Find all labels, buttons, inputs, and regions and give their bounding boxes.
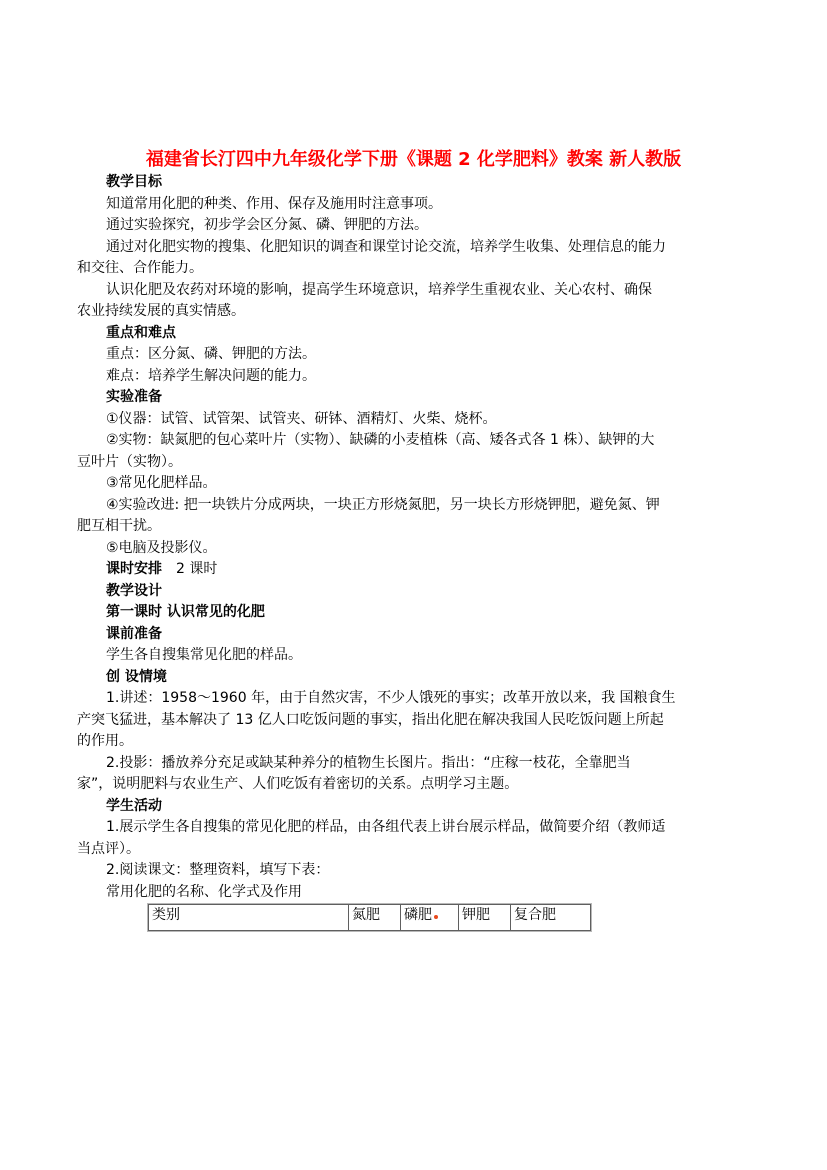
activity-paragraph-2: 2.阅读课文：整理资料，填写下表：	[77, 860, 745, 882]
difficulty-line: 难点：培养学生解决问题的能力。	[77, 366, 745, 388]
prep-item-1: ①仪器：试管、试管架、试管夹、研钵、酒精灯、火柴、烧杯。	[77, 409, 745, 431]
heading-key-points: 重点和难点	[77, 323, 745, 345]
heading-scenario: 创 设情境	[77, 667, 745, 689]
document-page: 福建省长汀四中九年级化学下册《课题 2 化学肥料》教案 新人教版 教学目标 知道…	[0, 0, 827, 1170]
goal-paragraph-4: 认识化肥及农药对环境的影响，提高学生环境意识，培养学生重视农业、关心农村、确保 …	[77, 280, 745, 323]
schedule-value: 2 课时	[176, 561, 217, 577]
heading-teaching-design: 教学设计	[77, 581, 745, 603]
prep-item-3: ③常见化肥样品。	[77, 473, 745, 495]
activity-paragraph-1: 1.展示学生各自搜集的常见化肥的样品，由各组代表上讲台展示样品，做简要介绍（教师…	[77, 817, 745, 860]
heading-experiment-prep: 实验准备	[77, 387, 745, 409]
table-cell-nitrogen: 氮肥	[349, 905, 401, 931]
table-cell-compound: 复合肥	[511, 905, 591, 931]
prep-item-4: ④实验改进: 把一块铁片分成两块，一块正方形烧氮肥，另一块长方形烧钾肥，避免氮、…	[77, 495, 745, 538]
heading-student-activity: 学生活动	[77, 796, 745, 818]
spellcheck-dot	[434, 915, 438, 919]
goal-paragraph-2: 通过实验探究，初步学会区分氮、磷、钾肥的方法。	[77, 215, 745, 237]
prep-item-2: ②实物：缺氮肥的包心菜叶片（实物）、缺磷的小麦植株（高、矮各式各 1 株）、缺钾…	[77, 430, 745, 473]
heading-pre-class: 课前准备	[77, 624, 745, 646]
table-cell-phosphate-label: 磷肥	[404, 907, 432, 923]
pre-class-paragraph: 学生各自搜集常见化肥的样品。	[77, 645, 745, 667]
table-header-row: 类别 氮肥 磷肥 钾肥 复合肥	[149, 905, 591, 931]
scenario-paragraph-2: 2.投影：播放养分充足或缺某种养分的植物生长图片。指出：“庄稼一枝花，全靠肥当 …	[77, 753, 745, 796]
goal-paragraph-3: 通过对化肥实物的搜集、化肥知识的调查和课堂讨论交流，培养学生收集、处理信息的能力…	[77, 237, 745, 280]
heading-schedule: 课时安排	[106, 561, 162, 577]
heading-lesson-1: 第一课时 认识常见的化肥	[77, 602, 745, 624]
table-cell-potassium: 钾肥	[459, 905, 511, 931]
prep-item-5: ⑤电脑及投影仪。	[77, 538, 745, 560]
scenario-paragraph-1: 1.讲述：1958～1960 年，由于自然灾害，不少人饿死的事实；改革开放以来，…	[77, 688, 745, 753]
table-caption: 常用化肥的名称、化学式及作用	[77, 882, 745, 904]
heading-teaching-goals: 教学目标	[77, 172, 745, 194]
table-cell-category: 类别	[149, 905, 349, 931]
key-point-line: 重点：区分氮、磷、钾肥的方法。	[77, 344, 745, 366]
table-cell-phosphate: 磷肥	[401, 905, 459, 931]
goal-paragraph-1: 知道常用化肥的种类、作用、保存及施用时注意事项。	[77, 194, 745, 216]
document-title: 福建省长汀四中九年级化学下册《课题 2 化学肥料》教案 新人教版	[0, 0, 827, 172]
document-body: 教学目标 知道常用化肥的种类、作用、保存及施用时注意事项。 通过实验探究，初步学…	[77, 172, 745, 931]
schedule-line: 课时安排2 课时	[77, 559, 745, 581]
fertilizer-table: 类别 氮肥 磷肥 钾肥 复合肥	[148, 904, 591, 931]
